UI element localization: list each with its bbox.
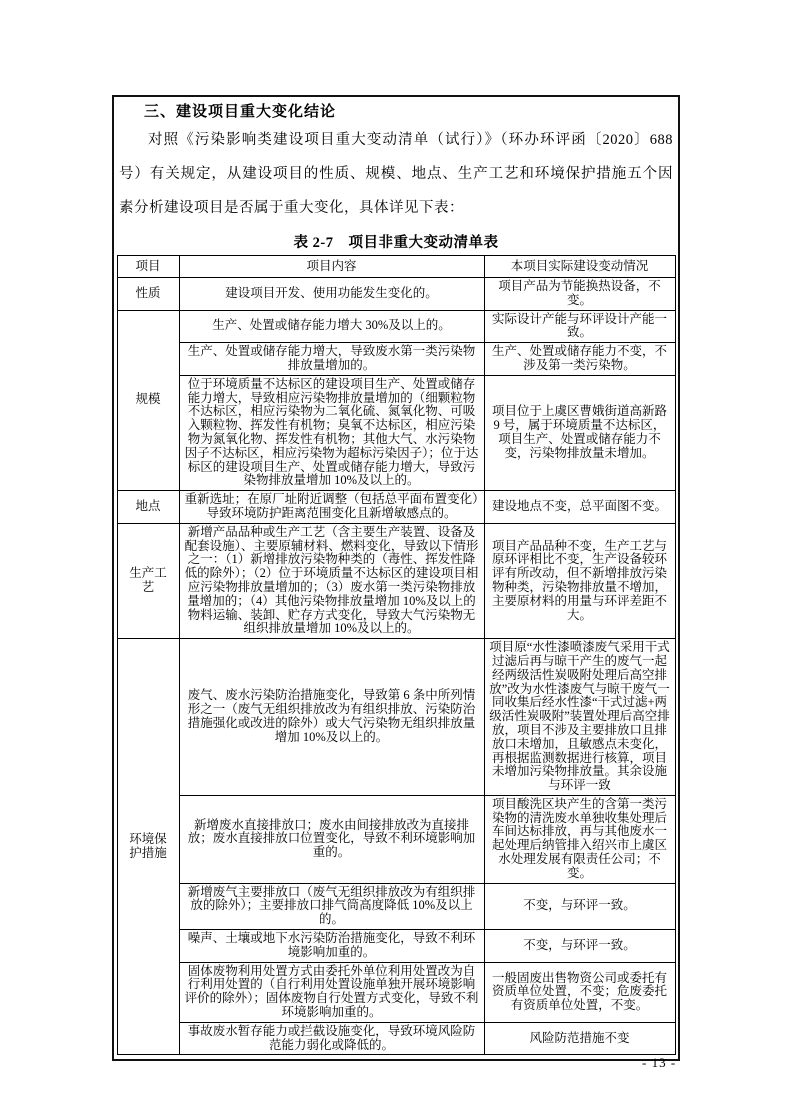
row-group-label: 环境保护措施 — [117, 639, 179, 1055]
column-header-status: 本项目实际建设变动情况 — [484, 256, 675, 278]
table-row: 固体废物利用处置方式由委托外单位利用处置改为自行利用处置的（自行利用处置设施单独… — [117, 962, 675, 1022]
column-header-content: 项目内容 — [179, 256, 484, 278]
table-row: 地点重新选址；在原厂址附近调整（包括总平面布置变化）导致环境防护距离范围变化且新… — [117, 491, 675, 524]
table-row: 噪声、土壤或地下水污染防治措施变化，导致不利环境影响加重的。不变，与环评一致。 — [117, 930, 675, 963]
criteria-cell: 废气、废水污染防治措施变化，导致第 6 条中所列情形之一（废气无组织排放改为有组… — [179, 639, 484, 796]
actual-change-cell: 不变，与环评一致。 — [484, 883, 675, 929]
criteria-cell: 建设项目开发、使用功能发生变化的。 — [179, 278, 484, 311]
table-caption: 表 2-7 项目非重大变动清单表 — [114, 231, 678, 252]
actual-change-cell: 不变，与环评一致。 — [484, 930, 675, 963]
actual-change-cell: 项目产品品种不变，生产工艺与原环评相比不变，生产设备较环评有所改动，但不新增排放… — [484, 523, 675, 638]
actual-change-cell: 项目原“水性漆喷漆废气采用干式过滤后再与晾干产生的废气一起经两级活性炭吸附处理后… — [484, 639, 675, 796]
actual-change-cell: 风险防范措施不变 — [484, 1022, 675, 1055]
table-body: 项目 项目内容 本项目实际建设变动情况 性质建设项目开发、使用功能发生变化的。项… — [117, 256, 675, 1055]
criteria-cell: 新增废水直接排放口；废水由间接排放改为直接排放；废水直接排放口位置变化，导致不利… — [179, 795, 484, 883]
actual-change-cell: 项目位于上虞区曹娥街道高新路 9 号，属于环境质量不达标区，项目生产、处置或储存… — [484, 375, 675, 490]
criteria-cell: 位于环境质量不达标区的建设项目生产、处置或储存能力增大，导致相应污染物排放量增加… — [179, 375, 484, 490]
page-number: - 13 - — [642, 1055, 676, 1071]
content-frame: 三、建设项目重大变化结论 对照《污染影响类建设项目重大变动清单（试行）》（环办环… — [112, 95, 680, 1061]
section-heading: 三、建设项目重大变化结论 — [144, 100, 678, 121]
row-group-label: 地点 — [117, 491, 179, 524]
table-row: 规模生产、处置或储存能力增大 30%及以上的。实际设计产能与环评设计产能一致。 — [117, 310, 675, 343]
table-row: 事故废水暂存能力或拦截设施变化，导致环境风险防范能力弱化或降低的。风险防范措施不… — [117, 1022, 675, 1055]
actual-change-cell: 实际设计产能与环评设计产能一致。 — [484, 310, 675, 343]
criteria-cell: 噪声、土壤或地下水污染防治措施变化，导致不利环境影响加重的。 — [179, 930, 484, 963]
row-group-label: 规模 — [117, 310, 179, 491]
criteria-cell: 生产、处置或储存能力增大 30%及以上的。 — [179, 310, 484, 343]
criteria-cell: 生产、处置或储存能力增大，导致废水第一类污染物排放量增加的。 — [179, 343, 484, 376]
row-group-label: 性质 — [117, 278, 179, 311]
table-row: 生产工艺新增产品品种或生产工艺（含主要生产装置、设备及配套设施）、主要原辅材料、… — [117, 523, 675, 638]
table-row: 新增废气主要排放口（废气无组织排放改为有组织排放的除外）；主要排放口排气筒高度降… — [117, 883, 675, 929]
criteria-cell: 事故废水暂存能力或拦截设施变化，导致环境风险防范能力弱化或降低的。 — [179, 1022, 484, 1055]
actual-change-cell: 项目酸洗区块产生的含第一类污染物的清洗废水单独收集处理后车间达标排放，再与其他废… — [484, 795, 675, 883]
table-row: 生产、处置或储存能力增大，导致废水第一类污染物排放量增加的。生产、处置或储存能力… — [117, 343, 675, 376]
non-major-change-table: 项目 项目内容 本项目实际建设变动情况 性质建设项目开发、使用功能发生变化的。项… — [117, 255, 676, 1055]
table-row: 环境保护措施废气、废水污染防治措施变化，导致第 6 条中所列情形之一（废气无组织… — [117, 639, 675, 796]
table-row: 新增废水直接排放口；废水由间接排放改为直接排放；废水直接排放口位置变化，导致不利… — [117, 795, 675, 883]
criteria-cell: 新增产品品种或生产工艺（含主要生产装置、设备及配套设施）、主要原辅材料、燃料变化… — [179, 523, 484, 638]
table-header-row: 项目 项目内容 本项目实际建设变动情况 — [117, 256, 675, 278]
actual-change-cell: 项目产品为节能换热设备，不变。 — [484, 278, 675, 311]
table-row: 性质建设项目开发、使用功能发生变化的。项目产品为节能换热设备，不变。 — [117, 278, 675, 311]
row-group-label: 生产工艺 — [117, 523, 179, 638]
document-page: 三、建设项目重大变化结论 对照《污染影响类建设项目重大变动清单（试行）》（环办环… — [0, 0, 789, 1119]
actual-change-cell: 生产、处置或储存能力不变，不涉及第一类污染物。 — [484, 343, 675, 376]
criteria-cell: 固体废物利用处置方式由委托外单位利用处置改为自行利用处置的（自行利用处置设施单独… — [179, 962, 484, 1022]
column-header-item: 项目 — [117, 256, 179, 278]
criteria-cell: 重新选址；在原厂址附近调整（包括总平面布置变化）导致环境防护距离范围变化且新增敏… — [179, 491, 484, 524]
criteria-cell: 新增废气主要排放口（废气无组织排放改为有组织排放的除外）；主要排放口排气筒高度降… — [179, 883, 484, 929]
table-row: 位于环境质量不达标区的建设项目生产、处置或储存能力增大，导致相应污染物排放量增加… — [117, 375, 675, 490]
actual-change-cell: 建设地点不变，总平面图不变。 — [484, 491, 675, 524]
actual-change-cell: 一般固废出售物资公司或委托有资质单位处置，不变；危废委托有资质单位处置，不变。 — [484, 962, 675, 1022]
intro-paragraph: 对照《污染影响类建设项目重大变动清单（试行）》（环办环评函〔2020〕688 号… — [119, 123, 673, 225]
